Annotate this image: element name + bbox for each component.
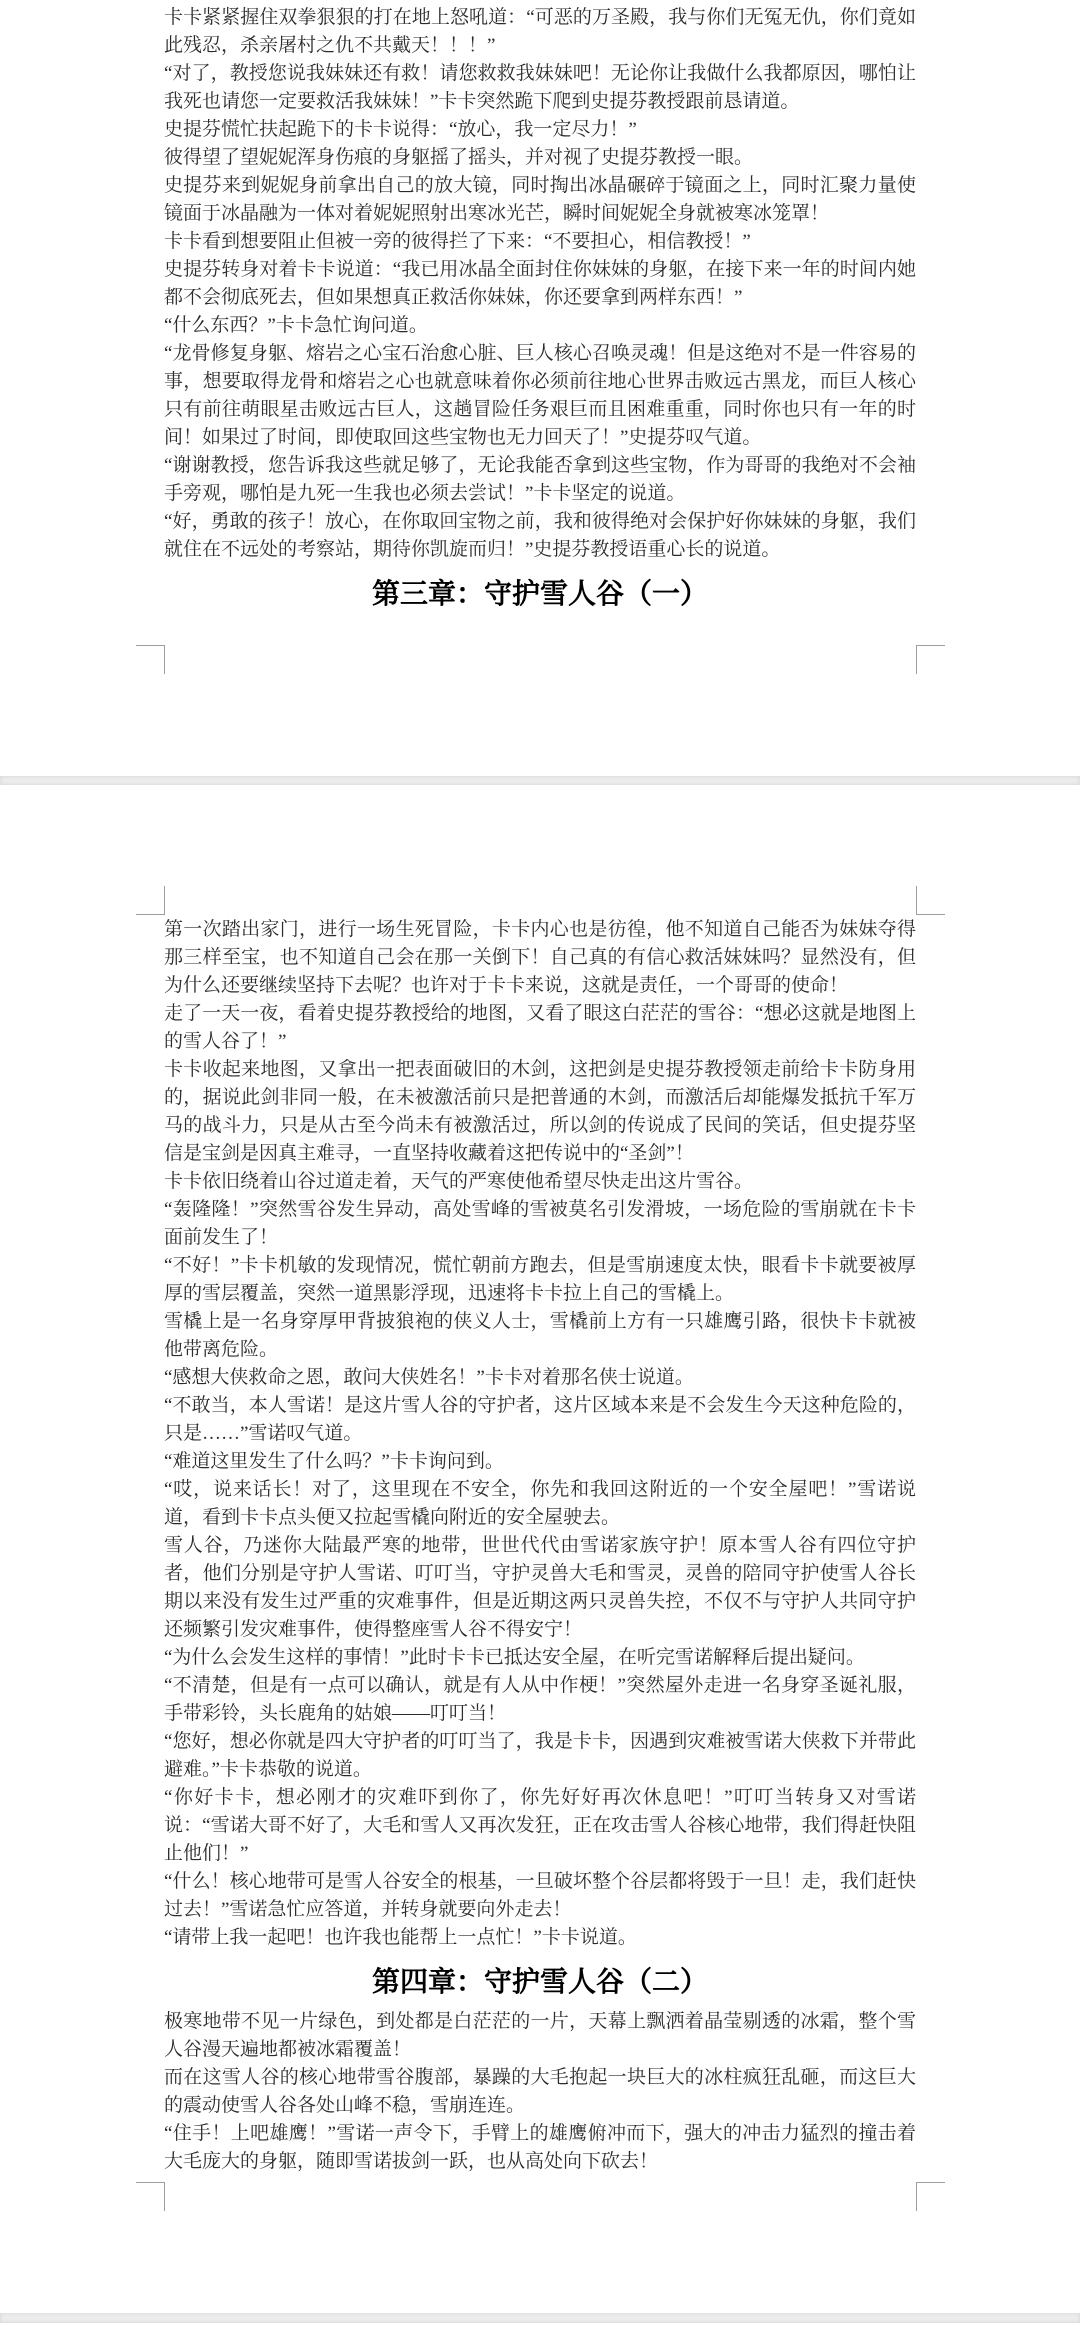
- paragraph: “不敢当，本人雪诺！是这片雪人谷的守护者，这片区域本来是不会发生今天这种危险的，…: [164, 1392, 916, 1448]
- page-gap: [0, 776, 1080, 785]
- paragraph: 卡卡紧紧握住双拳狠狠的打在地上怒吼道：“可恶的万圣殿，我与你们无冤无仇，你们竟如…: [164, 4, 916, 60]
- paragraph: 雪人谷，乃迷你大陆最严寒的地带，世世代代由雪诺家族守护！原本雪人谷有四位守护者，…: [164, 1532, 916, 1644]
- paragraph: “不好！”卡卡机敏的发现情况，慌忙朝前方跑去，但是雪崩速度太快，眼看卡卡就要被厚…: [164, 1252, 916, 1308]
- paragraph: 极寒地带不见一片绿色，到处都是白茫茫的一片，天幕上飘洒着晶莹剔透的冰霜，整个雪人…: [164, 2008, 916, 2064]
- paragraph: 史提芬来到妮妮身前拿出自己的放大镜，同时掏出冰晶碾碎于镜面之上，同时汇聚力量使镜…: [164, 172, 916, 228]
- paragraph: “不清楚，但是有一点可以确认，就是有人从中作梗！”突然屋外走进一名身穿圣诞礼服，…: [164, 1672, 916, 1728]
- paragraph: “对了，教授您说我妹妹还有救！请您救救我妹妹吧！无论你让我做什么我都原因，哪怕让…: [164, 60, 916, 116]
- document-viewer: 卡卡紧紧握住双拳狠狠的打在地上怒吼道：“可恶的万圣殿，我与你们无冤无仇，你们竟如…: [0, 0, 1080, 2340]
- page-1-text-column: 卡卡紧紧握住双拳狠狠的打在地上怒吼道：“可恶的万圣殿，我与你们无冤无仇，你们竟如…: [164, 4, 916, 620]
- margin-crop-mark-icon: [136, 2182, 165, 2211]
- margin-crop-mark-icon: [136, 645, 165, 674]
- page-1-paragraphs: 卡卡紧紧握住双拳狠狠的打在地上怒吼道：“可恶的万圣殿，我与你们无冤无仇，你们竟如…: [164, 4, 916, 564]
- paragraph: “什么东西？”卡卡急忙询问道。: [164, 312, 916, 340]
- paragraph: “你好卡卡，想必刚才的灾难吓到你了，你先好好再次休息吧！”叮叮当转身又对雪诺说：…: [164, 1784, 916, 1868]
- paragraph: 史提芬转身对着卡卡说道：“我已用冰晶全面封住你妹妹的身躯，在接下来一年的时间内她…: [164, 256, 916, 312]
- page-2-paragraphs-before-heading: 第一次踏出家门，进行一场生死冒险，卡卡内心也是彷徨，他不知道自己能否为妹妹夺得那…: [164, 916, 916, 1952]
- chapter-heading-4: 第四章：守护雪人谷（二）: [164, 1966, 916, 2000]
- paragraph: “好，勇敢的孩子！放心，在你取回宝物之前，我和彼得绝对会保护好你妹妹的身躯，我们…: [164, 508, 916, 564]
- paragraph: “请带上我一起吧！也许我也能帮上一点忙！”卡卡说道。: [164, 1924, 916, 1952]
- paragraph: “您好，想必你就是四大守护者的叮叮当了，我是卡卡，因遇到灾难被雪诺大侠救下并带此…: [164, 1728, 916, 1784]
- paragraph: 彼得望了望妮妮浑身伤痕的身躯摇了摇头，并对视了史提芬教授一眼。: [164, 144, 916, 172]
- paragraph: 走了一天一夜，看着史提芬教授给的地图，又看了眼这白茫茫的雪谷：“想必这就是地图上…: [164, 1000, 916, 1056]
- paragraph: 第一次踏出家门，进行一场生死冒险，卡卡内心也是彷徨，他不知道自己能否为妹妹夺得那…: [164, 916, 916, 1000]
- paragraph: 卡卡看到想要阻止但被一旁的彼得拦了下来：“不要担心，相信教授！”: [164, 228, 916, 256]
- paragraph: 卡卡收起来地图，又拿出一把表面破旧的木剑，这把剑是史提芬教授领走前给卡卡防身用的…: [164, 1056, 916, 1168]
- page-gap: [0, 2313, 1080, 2323]
- paragraph: “住手！上吧雄鹰！”雪诺一声令下，手臂上的雄鹰俯冲而下，强大的冲击力猛烈的撞击着…: [164, 2120, 916, 2176]
- margin-crop-mark-icon: [916, 2182, 945, 2211]
- paragraph: “为什么会发生这样的事情！”此时卡卡已抵达安全屋，在听完雪诺解释后提出疑问。: [164, 1644, 916, 1672]
- margin-crop-mark-icon: [916, 886, 945, 915]
- margin-crop-mark-icon: [136, 886, 165, 915]
- chapter-heading-3: 第三章：守护雪人谷（一）: [164, 578, 916, 612]
- page-2-paragraphs-after-heading: 极寒地带不见一片绿色，到处都是白茫茫的一片，天幕上飘洒着晶莹剔透的冰霜，整个雪人…: [164, 2008, 916, 2176]
- margin-crop-mark-icon: [916, 645, 945, 674]
- paragraph: “感想大侠救命之恩，敢问大侠姓名！”卡卡对着那名侠士说道。: [164, 1364, 916, 1392]
- paragraph: “什么！核心地带可是雪人谷安全的根基，一旦破坏整个谷层都将毁于一旦！走，我们赶快…: [164, 1868, 916, 1924]
- paragraph: 而在这雪人谷的核心地带雪谷腹部，暴躁的大毛抱起一块巨大的冰柱疯狂乱砸，而这巨大的…: [164, 2064, 916, 2120]
- document-page-3-edge: [0, 2323, 1080, 2340]
- paragraph: 卡卡依旧绕着山谷过道走着，天气的严寒使他希望尽快走出这片雪谷。: [164, 1168, 916, 1196]
- paragraph: “龙骨修复身躯、熔岩之心宝石治愈心脏、巨人核心召唤灵魂！但是这绝对不是一件容易的…: [164, 340, 916, 452]
- paragraph: “谢谢教授，您告诉我这些就足够了，无论我能否拿到这些宝物，作为哥哥的我绝对不会袖…: [164, 452, 916, 508]
- paragraph: “轰隆隆！”突然雪谷发生异动，高处雪峰的雪被莫名引发滑坡，一场危险的雪崩就在卡卡…: [164, 1196, 916, 1252]
- paragraph: “哎，说来话长！对了，这里现在不安全，你先和我回这附近的一个安全屋吧！”雪诺说道…: [164, 1476, 916, 1532]
- paragraph: 雪橇上是一名身穿厚甲背披狼袍的侠义人士，雪橇前上方有一只雄鹰引路，很快卡卡就被他…: [164, 1308, 916, 1364]
- page-2-text-column: 第一次踏出家门，进行一场生死冒险，卡卡内心也是彷徨，他不知道自己能否为妹妹夺得那…: [164, 916, 916, 2176]
- paragraph: 史提芬慌忙扶起跪下的卡卡说得：“放心，我一定尽力！”: [164, 116, 916, 144]
- paragraph: “难道这里发生了什么吗？”卡卡询问到。: [164, 1448, 916, 1476]
